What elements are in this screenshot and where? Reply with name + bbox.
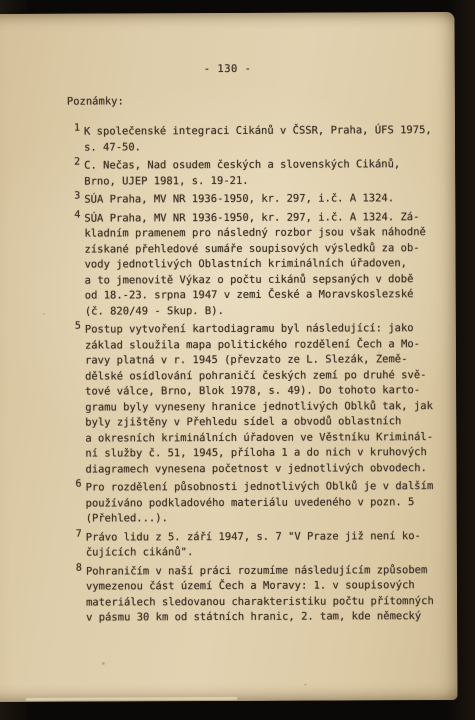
footnote-5: 5 Postup vytvoření kartodiagramu byl nás… [68,321,441,478]
footnote-text: K společenské integraci Cikánů v ČSSR, P… [84,123,432,156]
footnote-number: 6 [69,477,82,493]
footnote-text: Pro rozdělení působnosti jednotlivých Ob… [86,479,434,527]
footnote-3: 3 SÚA Praha, MV NR 1936-1950, kr. 297, i… [67,191,439,208]
footnote-number: 7 [69,526,82,542]
footnote-8: 8 Pohraničím v naší práci rozumíme násle… [69,563,441,627]
footnote-2: 2 C. Nečas, Nad osudem českých a slovens… [67,157,439,190]
footnote-text: SÚA Praha, MV NR 1936-1950, kr. 297, i.č… [84,191,394,208]
footnote-number: 5 [68,319,81,335]
footnote-7: 7 Právo lidu z 5. září 1947, s. 7 "V Pra… [69,529,441,562]
page-number: - 130 - [204,61,439,78]
footnote-1: 1 K společenské integraci Cikánů v ČSSR,… [67,123,439,156]
notes-heading: Poznámky: [67,93,439,110]
page-content: - 130 - Poznámky: 1 K společenské integr… [67,12,442,629]
scan-background: - 130 - Poznámky: 1 K společenské integr… [0,0,475,720]
footnote-text: SÚA Praha, MV NR 1936-1950, kr. 297, i.č… [84,210,426,320]
footnote-6: 6 Pro rozdělení působnosti jednotlivých … [69,479,441,527]
footnote-text: Právo lidu z 5. září 1947, s. 7 "V Praze… [86,529,421,561]
footnote-4: 4 SÚA Praha, MV NR 1936-1950, kr. 297, i… [67,210,439,320]
footnote-number: 1 [67,121,80,137]
footnote-text: Postup vytvoření kartodiagramu byl násle… [85,321,433,478]
footnote-number: 4 [67,207,80,223]
footnote-text: Pohraničím v naší práci rozumíme následu… [86,563,434,627]
footnote-number: 8 [69,560,82,576]
book-page: - 130 - Poznámky: 1 K společenské integr… [0,12,457,702]
footnote-number: 3 [67,189,80,205]
footnote-number: 2 [67,155,80,171]
footnote-text: C. Nečas, Nad osudem českých a slovenský… [84,157,400,189]
